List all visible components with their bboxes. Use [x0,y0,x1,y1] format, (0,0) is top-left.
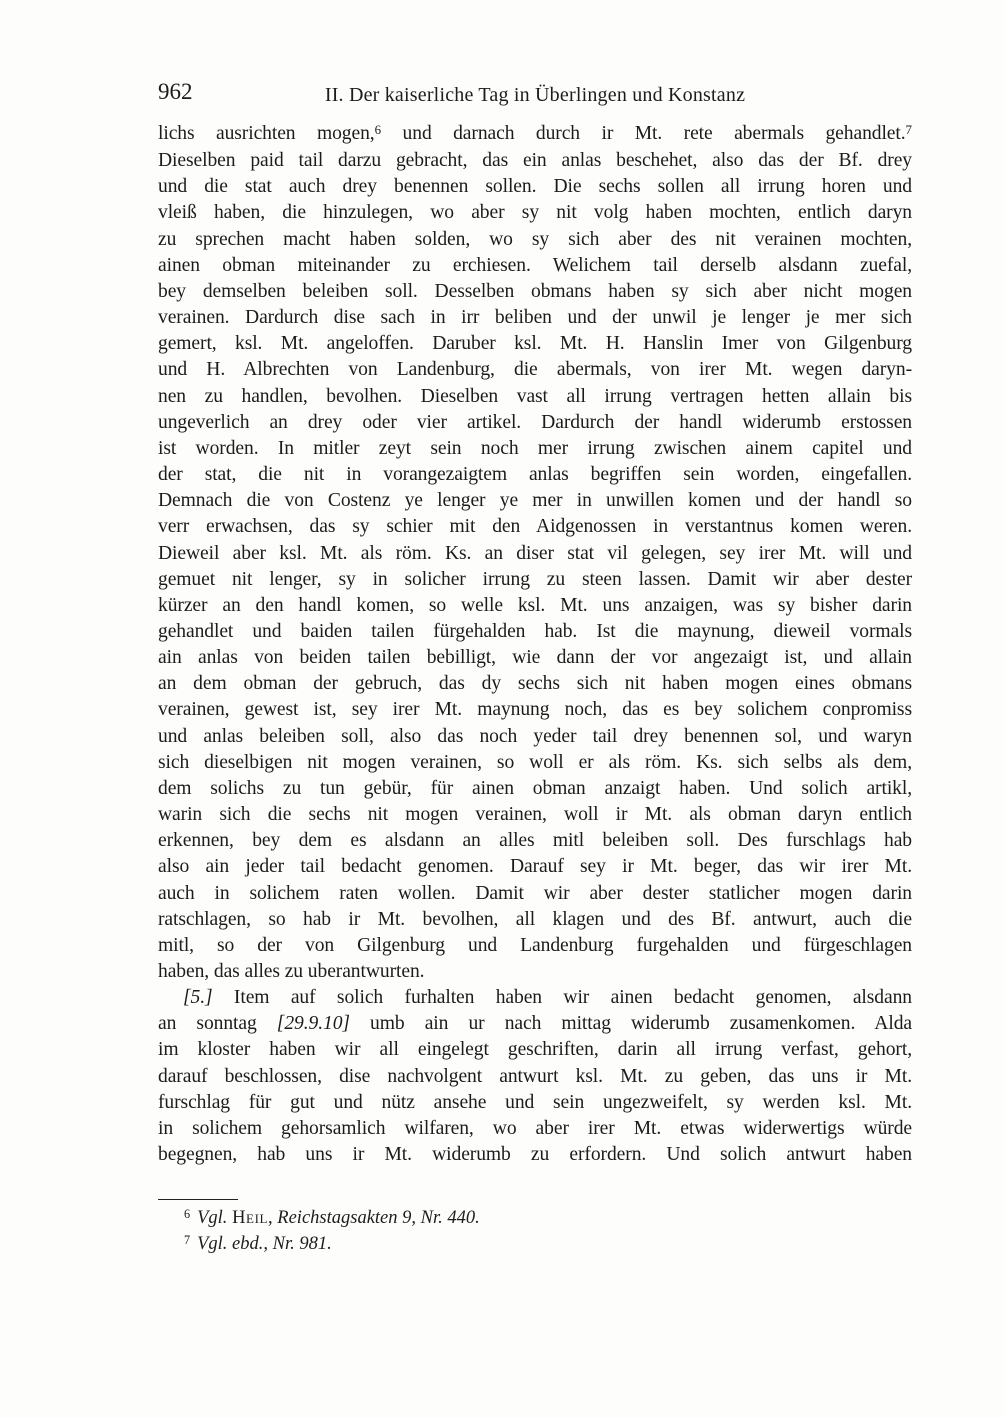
text-line: begegnen, hab uns ir Mt. widerumb zu erf… [158,1142,912,1168]
text-segment: furschlag für gut und nütz ansehe und se… [158,1092,912,1113]
text-line: warin sich die sechs nit mogen verainen,… [158,802,912,828]
paragraph: [5.] Item auf solich furhalten haben wir… [158,985,912,1168]
text-segment: Item auf solich furhalten haben wir aine… [213,987,912,1008]
text-segment: und darnach durch ir Mt. rete abermals g… [381,123,905,144]
text-segment: verr erwachsen, das sy schier mit den Ai… [158,516,912,537]
text-line: ungeverlich an drey oder vier artikel. D… [158,410,912,436]
text-segment: auch in solichem raten wollen. Damit wir… [158,883,912,904]
text-line: verainen. Dardurch dise sach in irr beli… [158,305,912,331]
text-line: auch in solichem raten wollen. Damit wir… [158,881,912,907]
paragraph: lichs ausrichten mogen,6 und darnach dur… [158,121,912,985]
footnote-marker: 7 [184,1233,190,1247]
text-segment: haben, das alles zu uberantwurten. [158,961,424,982]
text-segment: ungeverlich an drey oder vier artikel. D… [158,412,912,433]
text-line: Dieweil aber ksl. Mt. als röm. Ks. an di… [158,541,912,567]
text-line: darauf beschlossen, dise nachvolgent ant… [158,1064,912,1090]
text-segment: verainen. Dardurch dise sach in irr beli… [158,307,912,328]
text-line: an sonntag [29.9.10] umb ain ur nach mit… [158,1011,912,1037]
text-segment: an sonntag [158,1013,277,1034]
text-segment: gemuet nit lenger, sy in solicher irrung… [158,569,912,590]
text-segment: kürzer an den handl komen, so welle ksl.… [158,595,912,616]
text-segment: umb ain ur nach mittag widerumb zusamenk… [350,1013,912,1034]
text-segment: warin sich die sechs nit mogen verainen,… [158,804,912,825]
text-segment: und H. Albrechten von Landenburg, die ab… [158,359,912,380]
text-line: erkennen, bey dem es alsdann an alles mi… [158,828,912,854]
text-segment: begegnen, hab uns ir Mt. widerumb zu erf… [158,1144,912,1165]
footnotes: 6Vgl. Heil, Reichstagsakten 9, Nr. 440.7… [158,1206,912,1258]
text-segment: ratschlagen, so hab ir Mt. bevolhen, all… [158,909,912,930]
text-line: also ain jeder tail bedacht genomen. Dar… [158,854,912,880]
running-header: II. Der kaiserliche Tag in Überlingen un… [158,83,912,107]
text-segment: dem solichs zu tun gebür, für ainen obma… [158,778,912,799]
text-line: im kloster haben wir all eingelegt gesch… [158,1037,912,1063]
text-segment: vleiß haben, die hinzulegen, wo aber sy … [158,202,912,223]
text-line: [5.] Item auf solich furhalten haben wir… [158,985,912,1011]
text-line: verr erwachsen, das sy schier mit den Ai… [158,514,912,540]
text-segment: gemert, ksl. Mt. angeloffen. Daruber ksl… [158,333,912,354]
text-segment: lichs ausrichten mogen, [158,123,375,144]
text-segment: Vgl. [197,1208,227,1228]
text-line: ist worden. In mitler zeyt sein noch mer… [158,436,912,462]
text-segment: Vgl. ebd., Nr. 981. [197,1234,332,1254]
text-segment: an dem obman der gebruch, das dy sechs s… [158,673,912,694]
text-segment: verainen, gewest ist, sey irer Mt. maynu… [158,699,912,720]
text-segment: Dieselben paid tail darzu gebracht, das … [158,150,912,171]
text-line: gemert, ksl. Mt. angeloffen. Daruber ksl… [158,331,912,357]
text-line: verainen, gewest ist, sey irer Mt. maynu… [158,697,912,723]
footnote-marker: 6 [375,122,381,137]
text-segment: erkennen, bey dem es alsdann an alles mi… [158,830,912,851]
text-line: 6Vgl. Heil, Reichstagsakten 9, Nr. 440. [158,1206,912,1232]
text-line: mitl, so der von Gilgenburg und Landenbu… [158,933,912,959]
text-line: dem solichs zu tun gebür, für ainen obma… [158,776,912,802]
footnote-divider [158,1199,238,1200]
text-segment: zu sprechen macht haben solden, wo sy si… [158,229,912,250]
text-segment: mitl, so der von Gilgenburg und Landenbu… [158,935,912,956]
text-segment: [29.9.10] [277,1013,350,1034]
text-segment: und anlas beleiben soll, also das noch y… [158,726,912,747]
text-line: ratschlagen, so hab ir Mt. bevolhen, all… [158,907,912,933]
text-line: und die stat auch drey benennen sollen. … [158,174,912,200]
text-segment: Heil [232,1208,268,1228]
text-line: und H. Albrechten von Landenburg, die ab… [158,357,912,383]
text-line: Demnach die von Costenz ye lenger ye mer… [158,488,912,514]
text-line: ain anlas von beiden tailen bebilligt, w… [158,645,912,671]
text-line: gehandlet und baiden tailen fürgehalden … [158,619,912,645]
text-segment: in solichem gehorsamlich wilfaren, wo ab… [158,1118,912,1139]
text-segment: Reichstagsakten 9, Nr. 440. [277,1208,479,1228]
text-segment: nen zu handlen, bevolhen. Dieselben vast… [158,386,912,407]
footnote-marker: 7 [906,122,912,137]
text-segment: also ain jeder tail bedacht genomen. Dar… [158,856,912,877]
text-line: bey demselben beleiben soll. Desselben o… [158,279,912,305]
text-line: in solichem gehorsamlich wilfaren, wo ab… [158,1116,912,1142]
book-page: 962 II. Der kaiserliche Tag in Überlinge… [0,0,1004,1418]
text-line: kürzer an den handl komen, so welle ksl.… [158,593,912,619]
text-line: und anlas beleiben soll, also das noch y… [158,724,912,750]
footnote-marker: 6 [184,1207,190,1221]
text-segment: darauf beschlossen, dise nachvolgent ant… [158,1066,912,1087]
text-line: 7Vgl. ebd., Nr. 981. [158,1232,912,1258]
text-line: der stat, die nit in vorangezaigtem anla… [158,462,912,488]
text-segment: im kloster haben wir all eingelegt gesch… [158,1039,912,1060]
text-line: an dem obman der gebruch, das dy sechs s… [158,671,912,697]
text-line: zu sprechen macht haben solden, wo sy si… [158,227,912,253]
text-segment: gehandlet und baiden tailen fürgehalden … [158,621,912,642]
text-line: sich dieselbigen nit mogen verainen, so … [158,750,912,776]
text-segment: bey demselben beleiben soll. Desselben o… [158,281,912,302]
text-segment: , [268,1208,277,1228]
text-line: ainen obman miteinander zu erchiesen. We… [158,253,912,279]
text-line: furschlag für gut und nütz ansehe und se… [158,1090,912,1116]
text-line: vleiß haben, die hinzulegen, wo aber sy … [158,200,912,226]
text-segment: sich dieselbigen nit mogen verainen, so … [158,752,912,773]
text-segment: ainen obman miteinander zu erchiesen. We… [158,255,912,276]
text-block: lichs ausrichten mogen,6 und darnach dur… [158,121,912,1168]
text-segment: ain anlas von beiden tailen bebilligt, w… [158,647,912,668]
text-line: gemuet nit lenger, sy in solicher irrung… [158,567,912,593]
text-line: Dieselben paid tail darzu gebracht, das … [158,148,912,174]
text-segment: der stat, die nit in vorangezaigtem anla… [158,464,912,485]
text-line: nen zu handlen, bevolhen. Dieselben vast… [158,384,912,410]
text-line: haben, das alles zu uberantwurten. [158,959,912,985]
text-segment: und die stat auch drey benennen sollen. … [158,176,912,197]
text-segment: [5.] [183,987,213,1008]
text-segment: Dieweil aber ksl. Mt. als röm. Ks. an di… [158,543,912,564]
text-line: lichs ausrichten mogen,6 und darnach dur… [158,121,912,148]
text-segment: ist worden. In mitler zeyt sein noch mer… [158,438,912,459]
text-segment: Demnach die von Costenz ye lenger ye mer… [158,490,912,511]
